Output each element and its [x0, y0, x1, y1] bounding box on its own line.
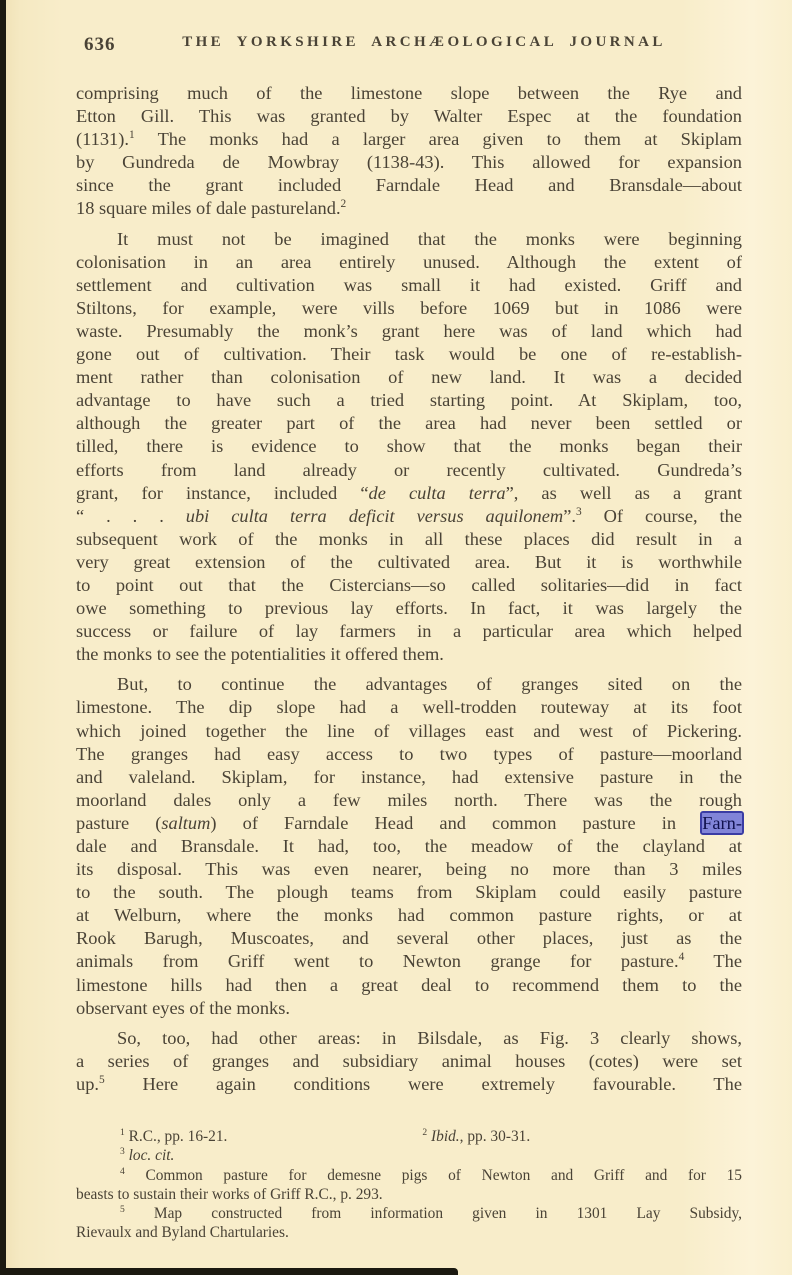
text-line: owe something to previous lay efforts. I… — [76, 597, 742, 620]
text-run: pasture ( — [76, 813, 161, 833]
text-run: the monks to see the potentialities it o… — [76, 644, 444, 664]
text-run: comprising much of the limestone slope b… — [76, 83, 742, 103]
text-run: which joined together the line of villag… — [76, 721, 742, 741]
text-line: 18 square miles of dale pastureland.2 — [76, 197, 742, 220]
text-line: to the south. The plough teams from Skip… — [76, 881, 742, 904]
text-run: although the greater part of the area ha… — [76, 413, 742, 433]
text-run: Map constructed from information given i… — [125, 1205, 742, 1222]
italic-text: ubi culta terra deficit versus aquilonem — [186, 506, 563, 526]
italic-text: de culta terra — [369, 483, 506, 503]
footnote-line: 5 Map constructed from information given… — [76, 1204, 742, 1223]
footnote-line: 3 loc. cit. — [76, 1146, 742, 1165]
text-run: observant eyes of the monks. — [76, 998, 290, 1018]
text-run: very great extension of the cultivated a… — [76, 552, 742, 572]
text-run: owe something to previous lay efforts. I… — [76, 598, 742, 618]
text-line: the monks to see the potentialities it o… — [76, 643, 742, 666]
page-number: 636 — [84, 34, 116, 56]
text-line: waste. Presumably the monk’s grant here … — [76, 320, 742, 343]
text-line: Stiltons, for example, were vills before… — [76, 297, 742, 320]
text-run: colonisation in an area entirely unused.… — [76, 252, 742, 272]
text-line: and valeland. Skiplam, for instance, had… — [76, 766, 742, 789]
text-line: advantage to have such a tried starting … — [76, 389, 742, 412]
text-line: efforts from land already or recently cu… — [76, 459, 742, 482]
text-line: “ . . . ubi culta terra deficit versus a… — [76, 505, 742, 528]
text-line: very great extension of the cultivated a… — [76, 551, 742, 574]
text-line: limestone hills had then a great deal to… — [76, 974, 742, 997]
text-run: But, to continue the advantages of grang… — [117, 674, 742, 694]
text-line: So, too, had other areas: in Bilsdale, a… — [76, 1027, 742, 1050]
italic-text: loc. cit. — [129, 1147, 175, 1164]
scan-edge-bottom — [0, 1268, 458, 1275]
text-run: So, too, had other areas: in Bilsdale, a… — [117, 1028, 742, 1048]
text-run: ment rather than colonisation of new lan… — [76, 367, 742, 387]
text-line: moorland dales only a few miles north. T… — [76, 789, 742, 812]
text-run: The monks had a larger area given to the… — [135, 129, 742, 149]
text-line: subsequent work of the monks in all thes… — [76, 528, 742, 551]
text-line: limestone. The dip slope had a well-trod… — [76, 696, 742, 719]
body-text: comprising much of the limestone slope b… — [76, 82, 742, 1096]
footnote-line: Rievaulx and Byland Chartularies. — [76, 1223, 742, 1242]
text-run: , pp. 30-31. — [460, 1128, 531, 1145]
text-run: limestone hills had then a great deal to… — [76, 975, 742, 995]
text-run: Common pasture for demesne pigs of Newto… — [125, 1167, 742, 1184]
text-run: ”, as well as a grant — [506, 483, 742, 503]
paragraph: But, to continue the advantages of grang… — [76, 673, 742, 1019]
text-run: beasts to sustain their works of Griff R… — [76, 1186, 383, 1203]
footnote-line: 1 R.C., pp. 16-21.2 Ibid., pp. 30-31. — [76, 1127, 742, 1146]
text-run: waste. Presumably the monk’s grant here … — [76, 321, 742, 341]
text-line: The granges had easy access to two types… — [76, 743, 742, 766]
text-line: observant eyes of the monks. — [76, 997, 742, 1020]
search-highlight: Farn- — [702, 813, 742, 833]
text-run: subsequent work of the monks in all thes… — [76, 529, 742, 549]
text-line: dale and Bransdale. It had, too, the mea… — [76, 835, 742, 858]
text-run: moorland dales only a few miles north. T… — [76, 790, 742, 810]
text-run: up. — [76, 1074, 99, 1094]
text-run: animals from Griff went to Newton grange… — [76, 951, 679, 971]
text-run: efforts from land already or recently cu… — [76, 460, 742, 480]
text-run: limestone. The dip slope had a well-trod… — [76, 697, 742, 717]
text-line: (1131).1 The monks had a larger area giv… — [76, 128, 742, 151]
text-run: tilled, there is evidence to show that t… — [76, 436, 742, 456]
paragraph: comprising much of the limestone slope b… — [76, 82, 742, 221]
text-line: a series of granges and subsidiary anima… — [76, 1050, 742, 1073]
footnote-marker: 2 — [341, 198, 347, 210]
footnote-line: beasts to sustain their works of Griff R… — [76, 1185, 742, 1204]
text-line: which joined together the line of villag… — [76, 720, 742, 743]
text-run: to the south. The plough teams from Skip… — [76, 882, 742, 902]
text-run: Etton Gill. This was granted by Walter E… — [76, 106, 742, 126]
text-run: success or failure of lay farmers in a p… — [76, 621, 742, 641]
text-run: at Welburn, where the monks had common p… — [76, 905, 742, 925]
text-line: its disposal. This was even nearer, bein… — [76, 858, 742, 881]
text-run: Rook Barugh, Muscoates, and several othe… — [76, 928, 742, 948]
text-run: The — [684, 951, 742, 971]
italic-text: saltum — [161, 813, 210, 833]
text-line: gone out of cultivation. Their task woul… — [76, 343, 742, 366]
text-line: grant, for instance, included “de culta … — [76, 482, 742, 505]
text-line: at Welburn, where the monks had common p… — [76, 904, 742, 927]
page-header: 636 THE YORKSHIRE ARCHÆOLOGICAL JOURNAL — [76, 34, 742, 60]
text-run: by Gundreda de Mowbray (1138-43). This a… — [76, 152, 742, 172]
text-line: ment rather than colonisation of new lan… — [76, 366, 742, 389]
footnotes: 1 R.C., pp. 16-21.2 Ibid., pp. 30-31.3 l… — [76, 1127, 742, 1243]
text-run: since the grant included Farndale Head a… — [76, 175, 742, 195]
text-line: by Gundreda de Mowbray (1138-43). This a… — [76, 151, 742, 174]
text-run: Here again conditions were extremely fav… — [105, 1074, 742, 1094]
text-line: tilled, there is evidence to show that t… — [76, 435, 742, 458]
text-run: The granges had easy access to two types… — [76, 744, 742, 764]
text-run: to point out that the Cistercians—so cal… — [76, 575, 742, 595]
text-line: Etton Gill. This was granted by Walter E… — [76, 105, 742, 128]
text-line: success or failure of lay farmers in a p… — [76, 620, 742, 643]
scanned-journal-page: 636 THE YORKSHIRE ARCHÆOLOGICAL JOURNAL … — [0, 0, 792, 1275]
text-run: its disposal. This was even nearer, bein… — [76, 859, 742, 879]
text-line: Rook Barugh, Muscoates, and several othe… — [76, 927, 742, 950]
text-run: (1131). — [76, 129, 129, 149]
scan-edge-left — [0, 0, 6, 1275]
text-line: settlement and cultivation was small it … — [76, 274, 742, 297]
text-run: It must not be imagined that the monks w… — [117, 229, 742, 249]
text-run: advantage to have such a tried starting … — [76, 390, 742, 410]
text-run: grant, for instance, included “ — [76, 483, 369, 503]
italic-text: Ibid. — [431, 1128, 460, 1145]
text-run: Of course, the — [582, 506, 742, 526]
text-run: “ . . . — [76, 506, 186, 526]
text-line: pasture (saltum) of Farndale Head and co… — [76, 812, 742, 835]
paragraph: It must not be imagined that the monks w… — [76, 228, 742, 667]
text-run: 18 square miles of dale pastureland. — [76, 198, 341, 218]
text-run: Stiltons, for example, were vills before… — [76, 298, 742, 318]
text-line: although the greater part of the area ha… — [76, 412, 742, 435]
text-run: dale and Bransdale. It had, too, the mea… — [76, 836, 742, 856]
text-run: gone out of cultivation. Their task woul… — [76, 344, 742, 364]
text-line: colonisation in an area entirely unused.… — [76, 251, 742, 274]
text-line: comprising much of the limestone slope b… — [76, 82, 742, 105]
text-line: But, to continue the advantages of grang… — [76, 673, 742, 696]
paragraph: So, too, had other areas: in Bilsdale, a… — [76, 1027, 742, 1096]
footnote-line: 4 Common pasture for demesne pigs of New… — [76, 1166, 742, 1185]
text-line: animals from Griff went to Newton grange… — [76, 950, 742, 973]
text-run: and valeland. Skiplam, for instance, had… — [76, 767, 742, 787]
text-run: ) of Farndale Head and common pasture in — [210, 813, 702, 833]
journal-title: THE YORKSHIRE ARCHÆOLOGICAL JOURNAL — [76, 34, 742, 51]
text-line: It must not be imagined that the monks w… — [76, 228, 742, 251]
text-run: Rievaulx and Byland Chartularies. — [76, 1224, 289, 1241]
text-run: R.C., pp. 16-21. — [125, 1128, 228, 1145]
text-run: settlement and cultivation was small it … — [76, 275, 742, 295]
text-run: ”. — [563, 506, 576, 526]
text-run: a series of granges and subsidiary anima… — [76, 1051, 742, 1071]
text-line: up.5 Here again conditions were extremel… — [76, 1073, 742, 1096]
text-line: since the grant included Farndale Head a… — [76, 174, 742, 197]
text-line: to point out that the Cistercians—so cal… — [76, 574, 742, 597]
